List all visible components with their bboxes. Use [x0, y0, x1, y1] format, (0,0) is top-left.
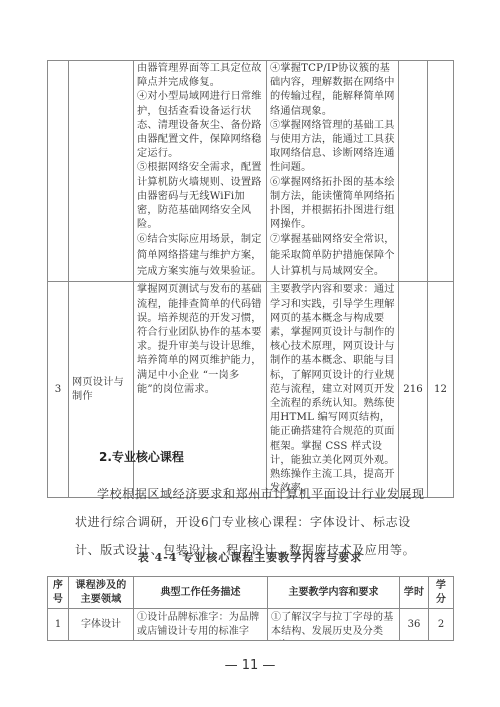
header-field: 课程涉及的主要领域: [69, 577, 134, 609]
hours-cell: [399, 61, 428, 282]
credits-cell: 12: [428, 282, 454, 498]
header-hours: 学时: [400, 577, 429, 609]
table-row: 由器管理界面等工具定位故障点并完成修复。 ④对小型局域网进行日常维护，包括查看设…: [48, 61, 454, 282]
hours-cell: 216: [399, 282, 428, 498]
course-table-continued: 由器管理界面等工具定位故障点并完成修复。 ④对小型局域网进行日常维护，包括查看设…: [47, 60, 454, 498]
task-item: 由器管理界面等工具定位故障点并完成修复。: [137, 62, 263, 90]
credits-cell: [428, 61, 454, 282]
document-page: 由器管理界面等工具定位故障点并完成修复。 ④对小型局域网进行日常维护，包括查看设…: [0, 0, 500, 707]
table-header-row: 序号 课程涉及的主要领域 典型工作任务描述 主要教学内容和要求 学时 学分: [48, 577, 454, 609]
content-item: ⑦掌握基础网络安全常识，能采取简单防护措施保障个人计算机与局域网安全。: [270, 232, 395, 280]
content-item: ①了解汉字与拉丁字母的基本结构、发展历史及分类（如: [268, 610, 399, 640]
content-cell: ④掌握TCP/IP协议簇的基础内容，理解数据在网络中的传输过程，能解释简单网络通…: [267, 61, 399, 282]
content-item: ⑥掌握网络拓扑图的基本绘制方法，能读懂简单网络拓扑图，并根据拓扑图进行组网操作。: [270, 176, 395, 233]
content-item: ④掌握TCP/IP协议簇的基础内容，理解数据在网络中的传输过程，能解释简单网络通…: [270, 62, 395, 119]
header-credits: 学分: [429, 577, 454, 609]
index-cell: 1: [48, 609, 69, 641]
table-caption: 表 4-4 专业核心课程主要教学内容与要求: [0, 549, 500, 565]
content-cell: ①了解汉字与拉丁字母的基本结构、发展历史及分类（如: [268, 609, 400, 641]
section-heading: 2.专业核心课程: [99, 448, 184, 465]
table-row: 3 网页设计与制作 掌握网页测试与发布的基础流程，能排查简单的代码错误。培养规范…: [48, 282, 454, 498]
field-cell: 网页设计与制作: [69, 282, 134, 498]
content-cell: 主要教学内容和要求：通过学习和实践，引导学生理解网页的基本概念与构成要素，掌握网…: [267, 282, 399, 498]
table-row: 1 字体设计 ①设计品牌标准字：为品牌或店铺设计专用的标准字Logo， ①了解汉…: [48, 609, 454, 641]
content-item: 主要教学内容和要求：通过学习和实践，引导学生理解网页的基本概念与构成要素，掌握网…: [267, 282, 398, 497]
content-item: ⑤掌握网络管理的基础工具与使用方法，能通过工具获取网络信息、诊断网络连通性问题。: [270, 119, 395, 176]
hours-cell: 36: [400, 609, 429, 641]
index-cell: 3: [48, 282, 69, 498]
task-item: ①设计品牌标准字：为品牌或店铺设计专用的标准字Logo，: [134, 610, 267, 640]
task-item: 掌握网页测试与发布的基础流程，能排查简单的代码错误。培养规范的开发习惯，符合行业…: [134, 282, 266, 398]
tasks-cell: ①设计品牌标准字：为品牌或店铺设计专用的标准字Logo，: [134, 609, 268, 641]
page-number: — 11 —: [0, 658, 500, 673]
tasks-cell: 掌握网页测试与发布的基础流程，能排查简单的代码错误。培养规范的开发习惯，符合行业…: [134, 282, 267, 498]
task-item: ④对小型局域网进行日常维护，包括查看设备运行状态、清理设备灰尘、备份路由器配置文…: [137, 90, 263, 161]
task-item: ⑥结合实际应用场景，制定简单网络搭建与维护方案，完成方案实施与效果验证。: [137, 232, 263, 280]
tasks-cell: 由器管理界面等工具定位故障点并完成修复。 ④对小型局域网进行日常维护，包括查看设…: [134, 61, 267, 282]
header-content: 主要教学内容和要求: [268, 577, 400, 609]
field-cell: 字体设计: [69, 609, 134, 641]
field-text: 网页设计与制作: [69, 375, 133, 405]
header-tasks: 典型工作任务描述: [134, 577, 268, 609]
field-cell: [69, 61, 134, 282]
header-index: 序号: [48, 577, 69, 609]
core-course-table: 序号 课程涉及的主要领域 典型工作任务描述 主要教学内容和要求 学时 学分 1 …: [47, 576, 454, 641]
task-item: ⑤根据网络安全需求，配置计算机防火墙规则、设置路由器密码与无线WiFi加密，防范…: [137, 161, 263, 232]
credits-cell: 2: [429, 609, 454, 641]
index-cell: [48, 61, 69, 282]
